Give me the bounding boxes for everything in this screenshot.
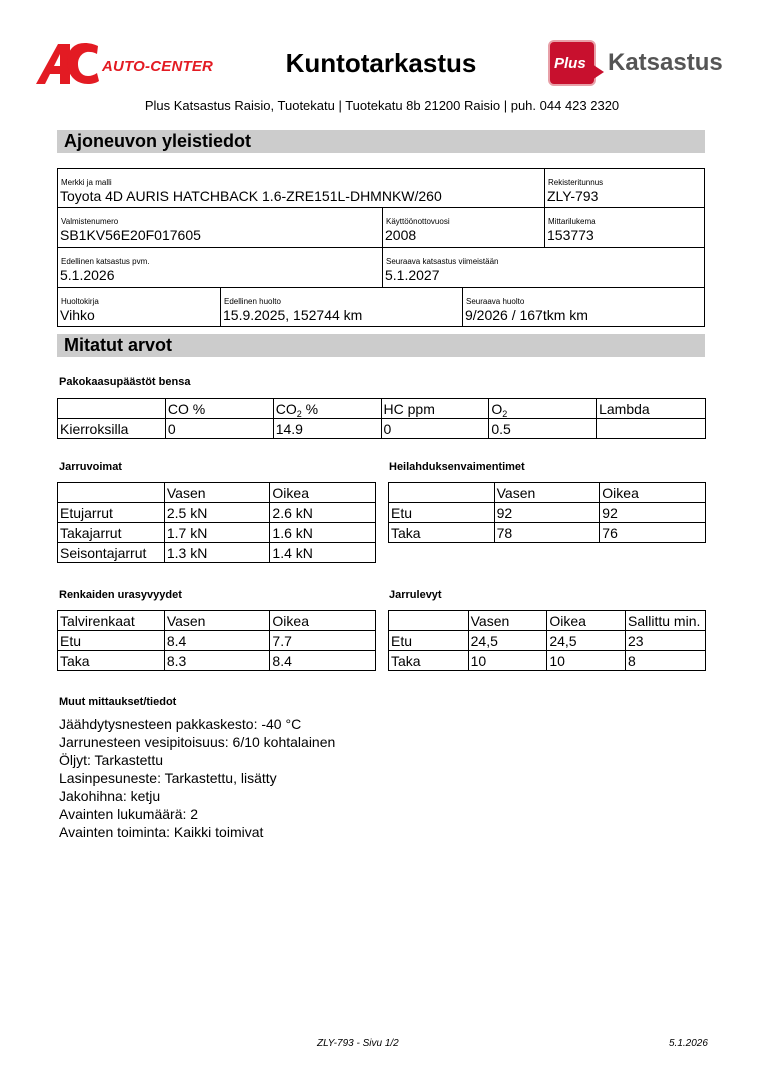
tread-depths-title: Renkaiden urasyvyydet: [59, 589, 182, 601]
brake-discs-table: Vasen Oikea Sallittu min. Etu 24,5 24,5 …: [388, 610, 706, 671]
header-cell: Talvirenkaat: [58, 611, 165, 631]
field-label: Seuraava katsastus viimeistään: [386, 257, 499, 266]
table-header-row: CO % CO2 % HC ppm O2 Lambda: [58, 399, 706, 419]
field-odometer: Mittarilukema 153773: [544, 207, 705, 248]
row-label: Etu: [58, 631, 165, 651]
header-cell: HC ppm: [381, 399, 489, 419]
header-text: O: [491, 401, 502, 417]
header-text: CO: [276, 401, 297, 417]
header-cell: [389, 483, 495, 503]
field-label: Huoltokirja: [61, 297, 99, 306]
table-row: Etujarrut 2.5 kN 2.6 kN: [58, 503, 376, 523]
row-label: Kierroksilla: [58, 419, 166, 439]
footer-date: 5.1.2026: [669, 1038, 708, 1049]
brake-forces-title: Jarruvoimat: [59, 461, 122, 473]
table-row: Kierroksilla 0 14.9 0 0.5: [58, 419, 706, 439]
min-value: 23: [626, 631, 706, 651]
right-value: 92: [600, 503, 706, 523]
header-cell: Vasen: [494, 483, 600, 503]
left-value: 92: [494, 503, 600, 523]
field-value: Toyota 4D AURIS HATCHBACK 1.6-ZRE151L-DH…: [60, 188, 442, 204]
other-measurements-list: Jäähdytysnesteen pakkaskesto: -40 °C Jar…: [59, 715, 335, 841]
field-label: Seuraava huolto: [466, 297, 524, 306]
list-item: Lasinpesuneste: Tarkastettu, lisätty: [59, 769, 335, 787]
table-row: Takajarrut 1.7 kN 1.6 kN: [58, 523, 376, 543]
other-measurements-title: Muut mittaukset/tiedot: [59, 696, 176, 708]
shock-absorbers-title: Heilahduksenvaimentimet: [389, 461, 525, 473]
plus-badge-text: Plus: [554, 55, 586, 72]
right-value: 1.6 kN: [270, 523, 376, 543]
header-cell: [389, 611, 469, 631]
emissions-title: Pakokaasupäästöt bensa: [59, 376, 190, 388]
header-cell: Lambda: [597, 399, 706, 419]
left-value: 2.5 kN: [164, 503, 270, 523]
header-cell: Sallittu min.: [626, 611, 706, 631]
left-value: 8.4: [164, 631, 270, 651]
brake-discs-title: Jarrulevyt: [389, 589, 442, 601]
field-label: Rekisteritunnus: [548, 178, 603, 187]
hc-value: 0: [381, 419, 489, 439]
list-item: Öljyt: Tarkastettu: [59, 751, 335, 769]
section-title: Ajoneuvon yleistiedot: [64, 131, 251, 152]
shock-absorbers-table: Vasen Oikea Etu 92 92 Taka 78 76: [388, 482, 706, 543]
table-row: Etu 92 92: [389, 503, 706, 523]
row-label: Etu: [389, 631, 469, 651]
list-item: Jakohihna: ketju: [59, 787, 335, 805]
right-value: 8.4: [270, 651, 376, 671]
list-item: Jarrunesteen vesipitoisuus: 6/10 kohtala…: [59, 733, 335, 751]
field-label: Käyttöönottovuosi: [386, 217, 450, 226]
right-value: 2.6 kN: [270, 503, 376, 523]
header-cell: Oikea: [600, 483, 706, 503]
field-label: Edellinen huolto: [224, 297, 281, 306]
row-label: Taka: [389, 523, 495, 543]
field-next-service: Seuraava huolto 9/2026 / 167tkm km: [462, 287, 705, 327]
list-item: Avainten lukumäärä: 2: [59, 805, 335, 823]
field-next-inspection: Seuraava katsastus viimeistään 5.1.2027: [382, 247, 705, 288]
header-subscript: 2: [502, 409, 507, 419]
header-cell: Vasen: [164, 611, 270, 631]
field-value: 2008: [385, 227, 416, 243]
field-make-model: Merkki ja malli Toyota 4D AURIS HATCHBAC…: [57, 168, 545, 208]
field-first-use-year: Käyttöönottovuosi 2008: [382, 207, 545, 248]
right-value: 76: [600, 523, 706, 543]
left-value: 8.3: [164, 651, 270, 671]
table-header-row: Vasen Oikea Sallittu min.: [389, 611, 706, 631]
lambda-value: [597, 419, 706, 439]
right-value: 10: [547, 651, 626, 671]
row-label: Taka: [58, 651, 165, 671]
field-value: SB1KV56E20F017605: [60, 227, 201, 243]
page-title-text: Kuntotarkastus: [286, 48, 477, 78]
header-cell: Vasen: [468, 611, 547, 631]
field-value: 9/2026 / 167tkm km: [465, 307, 588, 323]
row-label: Etu: [389, 503, 495, 523]
table-header-row: Vasen Oikea: [389, 483, 706, 503]
field-value: ZLY-793: [547, 188, 598, 204]
list-item: Jäähdytysnesteen pakkaskesto: -40 °C: [59, 715, 335, 733]
station-address: Plus Katsastus Raisio, Tuotekatu | Tuote…: [0, 98, 764, 113]
min-value: 8: [626, 651, 706, 671]
header-cell: Oikea: [270, 611, 376, 631]
header-cell: Oikea: [270, 483, 376, 503]
header-cell: CO2 %: [273, 399, 381, 419]
header-cell: CO %: [165, 399, 273, 419]
plus-badge-icon: Plus: [548, 40, 596, 86]
field-value: 15.9.2025, 152744 km: [223, 307, 362, 323]
field-last-service: Edellinen huolto 15.9.2025, 152744 km: [220, 287, 463, 327]
left-value: 78: [494, 523, 600, 543]
header-cell: [58, 399, 166, 419]
tread-depths-table: Talvirenkaat Vasen Oikea Etu 8.4 7.7 Tak…: [57, 610, 376, 671]
table-row: Taka 10 10 8: [389, 651, 706, 671]
katsastus-wordmark: Katsastus: [608, 49, 723, 77]
field-label: Mittarilukema: [548, 217, 596, 226]
field-label: Merkki ja malli: [61, 178, 112, 187]
row-label: Taka: [389, 651, 469, 671]
row-label: Etujarrut: [58, 503, 165, 523]
table-row: Etu 8.4 7.7: [58, 631, 376, 651]
field-service-book: Huoltokirja Vihko: [57, 287, 221, 327]
right-value: 7.7: [270, 631, 376, 651]
field-label: Valmistenumero: [61, 217, 118, 226]
row-label: Takajarrut: [58, 523, 165, 543]
section-general-info: Ajoneuvon yleistiedot: [57, 130, 705, 153]
field-last-inspection: Edellinen katsastus pvm. 5.1.2026: [57, 247, 383, 288]
row-label: Seisontajarrut: [58, 543, 165, 563]
plus-katsastus-logo: Plus Katsastus: [548, 38, 728, 90]
co-value: 0: [165, 419, 273, 439]
left-value: 1.3 kN: [164, 543, 270, 563]
header-text: %: [302, 401, 318, 417]
right-value: 24,5: [547, 631, 626, 651]
co2-value: 14.9: [273, 419, 381, 439]
emissions-table: CO % CO2 % HC ppm O2 Lambda Kierroksilla…: [57, 398, 706, 439]
speech-tail-icon: [592, 64, 604, 80]
header-cell: [58, 483, 165, 503]
page-number: ZLY-793 - Sivu 1/2: [317, 1038, 399, 1049]
section-title: Mitatut arvot: [64, 335, 172, 356]
left-value: 1.7 kN: [164, 523, 270, 543]
left-value: 24,5: [468, 631, 547, 651]
table-header-row: Vasen Oikea: [58, 483, 376, 503]
left-value: 10: [468, 651, 547, 671]
table-row: Taka 78 76: [389, 523, 706, 543]
field-label: Edellinen katsastus pvm.: [61, 257, 150, 266]
header-cell: O2: [489, 399, 597, 419]
section-measured-values: Mitatut arvot: [57, 334, 705, 357]
field-registration: Rekisteritunnus ZLY-793: [544, 168, 705, 208]
field-vin: Valmistenumero SB1KV56E20F017605: [57, 207, 383, 248]
right-value: 1.4 kN: [270, 543, 376, 563]
field-value: 5.1.2026: [60, 267, 115, 283]
o2-value: 0.5: [489, 419, 597, 439]
brake-forces-table: Vasen Oikea Etujarrut 2.5 kN 2.6 kN Taka…: [57, 482, 376, 563]
list-item: Avainten toiminta: Kaikki toimivat: [59, 823, 335, 841]
header-cell: Oikea: [547, 611, 626, 631]
table-row: Seisontajarrut 1.3 kN 1.4 kN: [58, 543, 376, 563]
header-cell: Vasen: [164, 483, 270, 503]
table-header-row: Talvirenkaat Vasen Oikea: [58, 611, 376, 631]
table-row: Etu 24,5 24,5 23: [389, 631, 706, 651]
field-value: 5.1.2027: [385, 267, 440, 283]
field-value: 153773: [547, 227, 594, 243]
table-row: Taka 8.3 8.4: [58, 651, 376, 671]
field-value: Vihko: [60, 307, 95, 323]
